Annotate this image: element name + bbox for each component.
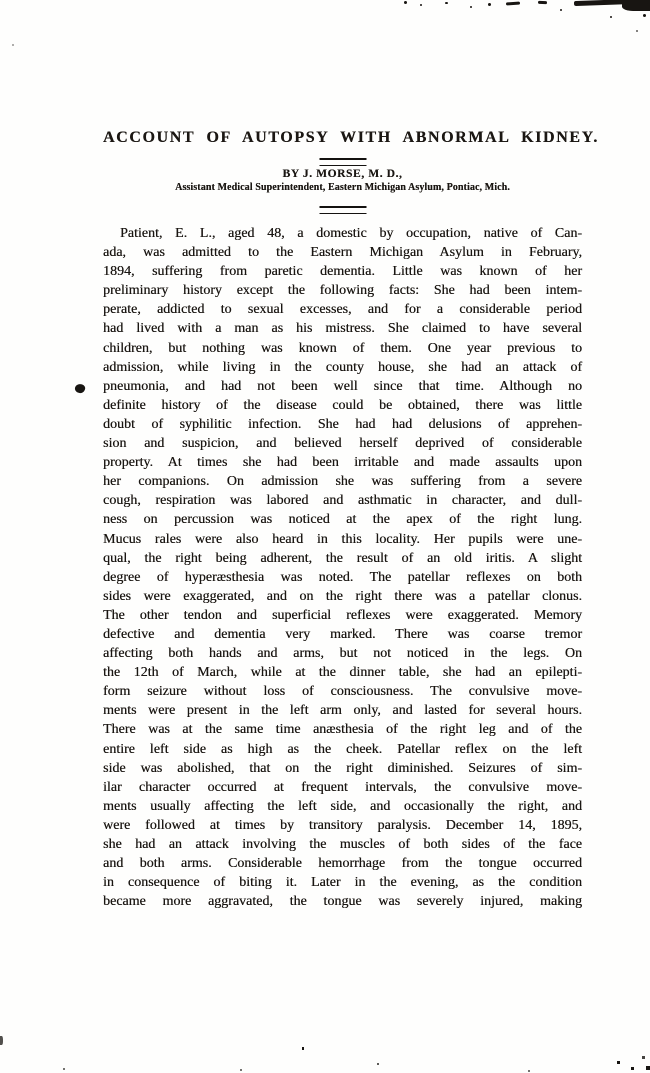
body-line: preliminary history except the following… [103,281,582,300]
scan-speck [12,44,14,46]
body-line: Mucus rales were also heard in this loca… [103,530,582,549]
body-line: form seizure without loss of consciousne… [103,682,582,701]
body-line: were followed at times by transitory par… [103,816,582,835]
scan-smudge [538,1,547,4]
separator-rule [319,206,366,214]
scan-speck [617,1061,620,1064]
scan-speck [240,1069,242,1071]
scan-speck [302,1047,304,1050]
body-line: doubt of syphilitic infection. She had h… [103,415,582,434]
separator-rule [319,158,366,166]
author-byline: BY J. MORSE, M. D., [103,168,582,180]
body-line: side was abolished, that on the right di… [103,759,582,778]
body-line: her companions. On admission she was suf… [103,472,582,491]
body-line: sides were exaggerated, and on the right… [103,587,582,606]
body-line: had lived with a man as his mistress. Sh… [103,319,582,338]
scan-speck [642,1056,645,1059]
scan-speck [636,30,638,32]
body-line: became more aggravated, the tongue was s… [103,892,582,911]
article-title: ACCOUNT OF AUTOPSY WITH ABNORMAL KIDNEY. [103,129,582,147]
scan-speck [470,6,472,8]
body-line: perate, addicted to sexual excesses, and… [103,300,582,319]
scan-speck [610,16,612,18]
body-line: property. At times she had been irritabl… [103,453,582,472]
scan-speck [63,1068,65,1070]
body-line: ments were present in the left arm only,… [103,701,582,720]
body-line: entire left side as high as the cheek. P… [103,740,582,759]
scan-speck [377,1063,379,1065]
scan-speck [420,4,422,6]
body-line: defective and dementia very marked. Ther… [103,625,582,644]
scan-speck [445,2,448,4]
scan-smudge [622,0,650,11]
body-line: ada, was admitted to the Eastern Michiga… [103,243,582,262]
scan-speck [643,14,646,17]
scan-speck [560,9,562,11]
body-line: children, but nothing was known of them.… [103,339,582,358]
scanned-document-page: ACCOUNT OF AUTOPSY WITH ABNORMAL KIDNEY.… [0,0,650,1073]
body-line: ments usually affecting the left side, a… [103,797,582,816]
article-body: Patient, E. L., aged 48, a domestic by o… [103,224,582,911]
body-line: qual, the right being adherent, the resu… [103,549,582,568]
body-line: ilar character occurred at frequent inte… [103,778,582,797]
body-line: ness on percussion was noticed at the ap… [103,510,582,529]
body-line: The other tendon and superficial reflexe… [103,606,582,625]
body-line: degree of hyperæsthesia was noted. The p… [103,568,582,587]
author-affiliation: Assistant Medical Superintendent, Easter… [103,182,582,193]
body-line: in consequence of biting it. Later in th… [103,873,582,892]
body-line: definite history of the disease could be… [103,396,582,415]
body-line: the 12th of March, while at the dinner t… [103,663,582,682]
scan-speck [631,1067,634,1070]
scan-speck [0,1036,3,1045]
body-line: pneumonia, and had not been well since t… [103,377,582,396]
body-line: she had an attack involving the muscles … [103,835,582,854]
body-line: 1894, suffering from paretic dementia. L… [103,262,582,281]
body-line: sion and suspicion, and believed herself… [103,434,582,453]
body-line: There was at the same time anæsthesia of… [103,720,582,739]
ink-blot [74,383,86,395]
body-line: Patient, E. L., aged 48, a domestic by o… [103,224,582,243]
body-line: affecting both hands and arms, but not n… [103,644,582,663]
scan-speck [646,1066,650,1070]
scan-speck [404,1,407,4]
scan-smudge [506,2,520,6]
body-line: cough, respiration was labored and asthm… [103,491,582,510]
scan-speck [528,1070,530,1072]
scan-speck [488,3,491,6]
body-line: and both arms. Considerable hemorrhage f… [103,854,582,873]
body-line: admission, while living in the county ho… [103,358,582,377]
